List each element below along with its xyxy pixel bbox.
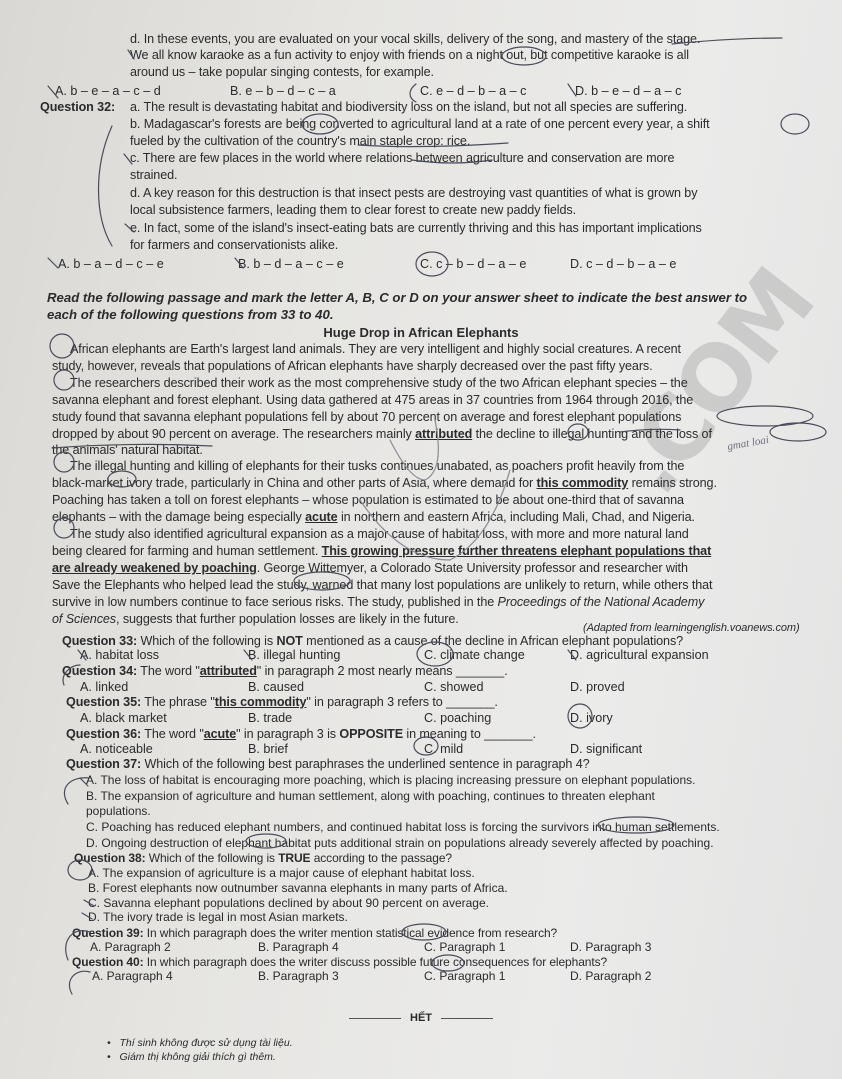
p2-line1: The researchers described their work as … [70, 376, 688, 391]
q31-option-e-line2: around us – take popular singing contest… [130, 65, 434, 80]
p3-line1: The illegal hunting and killing of eleph… [70, 459, 684, 474]
q34-option-b[interactable]: B. caused [248, 680, 304, 695]
q34-option-a[interactable]: A. linked [80, 680, 128, 695]
q34-option-c[interactable]: C. showed [424, 680, 484, 695]
p3-line4: elephants – with the damage being especi… [52, 510, 695, 525]
journal-name: Proceedings of the National Academy [498, 595, 705, 609]
q33-option-c[interactable]: C. climate change [424, 648, 525, 663]
q32-answer-c[interactable]: C. c – b – d – a – e [420, 257, 526, 272]
q32-sentence-e-line1: e. In fact, some of the island's insect-… [130, 221, 702, 236]
q32-answer-a[interactable]: A. b – a – d – c – e [58, 257, 164, 272]
q37-option-a[interactable]: A. The loss of habitat is encouraging mo… [86, 773, 696, 788]
q34-stem: Question 34: The word "attributed" in pa… [62, 664, 508, 679]
q37-option-c[interactable]: C. Poaching has reduced elephant numbers… [86, 820, 720, 835]
q39-stem: Question 39: In which paragraph does the… [72, 926, 557, 941]
q36-option-c[interactable]: C. mild [424, 742, 463, 757]
q32-sentence-b-line2: fueled by the cultivation of the country… [130, 134, 470, 149]
q31-answer-a[interactable]: A. b – e – a – c – d [55, 84, 161, 99]
p4-line4: Save the Elephants who helped lead the s… [52, 578, 712, 593]
p4-line6: of Sciences, suggests that further popul… [52, 612, 459, 627]
p2-line3: study found that savanna elephant popula… [52, 410, 681, 425]
q32-sentence-a: a. The result is devastating habitat and… [130, 100, 687, 115]
q40-option-a[interactable]: A. Paragraph 4 [92, 969, 173, 984]
q37-option-b-cont: populations. [86, 804, 151, 819]
q38-option-d[interactable]: D. The ivory trade is legal in most Asia… [88, 910, 348, 925]
q33-option-a[interactable]: A. habitat loss [80, 648, 159, 663]
q40-option-d[interactable]: D. Paragraph 2 [570, 969, 651, 984]
q35-option-c[interactable]: C. poaching [424, 711, 491, 726]
q31-answer-b[interactable]: B. e – b – d – c – a [230, 84, 336, 99]
q35-option-d[interactable]: D. ivory [570, 711, 613, 726]
end-marker: HẾT [0, 1012, 842, 1024]
q32-sentence-c-line2: strained. [130, 168, 177, 183]
q39-option-d[interactable]: D. Paragraph 3 [570, 940, 651, 955]
q38-stem: Question 38: Which of the following is T… [74, 851, 452, 866]
q33-stem: Question 33: Which of the following is N… [62, 634, 683, 649]
q39-option-a[interactable]: A. Paragraph 2 [90, 940, 171, 955]
q39-option-b[interactable]: B. Paragraph 4 [258, 940, 339, 955]
q35-stem: Question 35: The phrase "this commodity"… [66, 695, 498, 710]
keyword-acute: acute [305, 510, 337, 524]
q32-sentence-b-line1: b. Madagascar's forests are being conver… [130, 117, 710, 132]
p2-line5: the animals' natural habitat. [52, 443, 203, 458]
q38-option-b[interactable]: B. Forest elephants now outnumber savann… [88, 881, 508, 896]
footer-note-2: • Giám thị không giải thích gì thêm. [107, 1050, 276, 1064]
q40-option-b[interactable]: B. Paragraph 3 [258, 969, 339, 984]
q36-option-a[interactable]: A. noticeable [80, 742, 153, 757]
q31-option-e-line1: We all know karaoke as a fun activity to… [130, 48, 689, 63]
q32-sentence-d-line2: local subsistence farmers, leading them … [130, 203, 576, 218]
q39-option-c[interactable]: C. Paragraph 1 [424, 940, 505, 955]
keyword-attributed: attributed [415, 427, 472, 441]
q36-option-b[interactable]: B. brief [248, 742, 288, 757]
p4-line1: The study also identified agricultural e… [70, 527, 689, 542]
p4-line3: are already weakened by poaching. George… [52, 561, 688, 576]
q38-option-a[interactable]: A. The expansion of agriculture is a maj… [88, 866, 475, 881]
q37-stem: Question 37: Which of the following best… [66, 757, 590, 772]
q32-label: Question 32: [40, 100, 115, 115]
q36-stem: Question 36: The word "acute" in paragra… [66, 727, 536, 742]
p4-line2: being cleared for farming and human sett… [52, 544, 711, 559]
p1-line2: study, however, reveals that populations… [52, 359, 653, 374]
q32-sentence-c-line1: c. There are few places in the world whe… [130, 151, 674, 166]
q38-option-c[interactable]: C. Savanna elephant populations declined… [88, 896, 489, 911]
p3-line2: black-market ivory trade, particularly i… [52, 476, 717, 491]
q33-option-d[interactable]: D. agricultural expansion [570, 648, 709, 663]
q32-answer-b[interactable]: B. b – d – a – c – e [238, 257, 344, 272]
underlined-sentence-part1: This growing pressure further threatens … [322, 544, 712, 558]
q32-sentence-d-line1: d. A key reason for this destruction is … [130, 186, 697, 201]
passage-title: Huge Drop in African Elephants [0, 325, 842, 340]
p4-line5: survive in low numbers continue to face … [52, 595, 704, 610]
q34-option-d[interactable]: D. proved [570, 680, 625, 695]
q36-option-d[interactable]: D. significant [570, 742, 642, 757]
instructions-line2: each of the following questions from 33 … [47, 306, 334, 323]
p1-line1: African elephants are Earth's largest la… [70, 342, 681, 357]
p2-line2: savanna elephant and forest elephant. Us… [52, 393, 693, 408]
q32-answer-d[interactable]: D. c – d – b – a – e [570, 257, 676, 272]
q40-option-c[interactable]: C. Paragraph 1 [424, 969, 505, 984]
q31-option-d: d. In these events, you are evaluated on… [130, 32, 700, 47]
q33-option-b[interactable]: B. illegal hunting [248, 648, 340, 663]
q31-answer-d[interactable]: D. b – e – d – a – c [575, 84, 681, 99]
underlined-sentence-part2: are already weakened by poaching [52, 561, 257, 575]
q31-answer-c[interactable]: C. e – d – b – a – c [420, 84, 526, 99]
q37-option-b[interactable]: B. The expansion of agriculture and huma… [86, 789, 655, 804]
q40-stem: Question 40: In which paragraph does the… [72, 955, 607, 970]
exam-page: .COM d. In these events, you are evaluat… [0, 0, 842, 1079]
q35-option-a[interactable]: A. black market [80, 711, 167, 726]
keyword-this-commodity: this commodity [537, 476, 629, 490]
q32-sentence-e-line2: for farmers and conservationists alike. [130, 238, 338, 253]
footer-note-1: • Thí sinh không được sử dụng tài liệu. [107, 1036, 293, 1050]
p3-line3: Poaching has taken a toll on forest elep… [52, 493, 684, 508]
q37-option-d[interactable]: D. Ongoing destruction of elephant habit… [86, 836, 714, 851]
p2-line4: dropped by about 90 percent on average. … [52, 427, 712, 442]
instructions-line1: Read the following passage and mark the … [47, 289, 747, 306]
q35-option-b[interactable]: B. trade [248, 711, 292, 726]
